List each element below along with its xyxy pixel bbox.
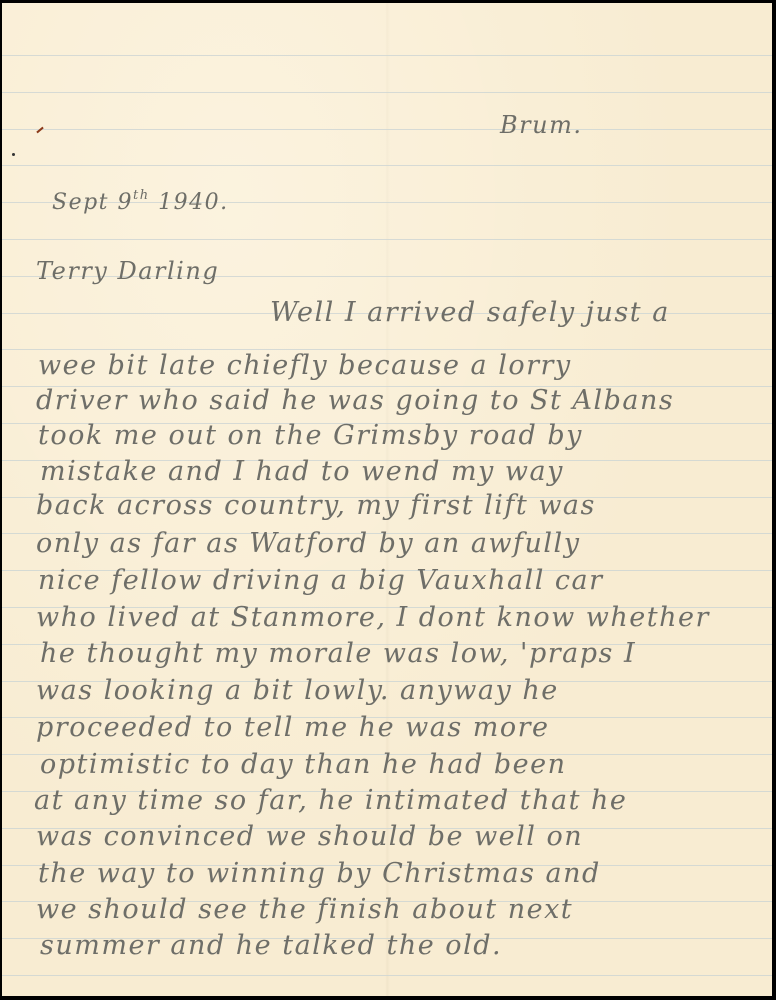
body-line: driver who said he was going to St Alban…: [36, 387, 674, 414]
body-line: proceeded to tell me he was more: [36, 714, 550, 741]
body-line: took me out on the Grimsby road by: [38, 422, 583, 449]
body-line: nice fellow driving a big Vauxhall car: [38, 567, 604, 594]
body-line: who lived at Stanmore, I dont know wheth…: [36, 604, 710, 631]
body-line: only as far as Watford by an awfully: [36, 530, 580, 557]
date-suffix: th: [133, 188, 150, 203]
ruled-line: [2, 55, 772, 56]
ruled-line: [2, 92, 772, 93]
ruled-line: [2, 165, 772, 166]
body-line: he thought my morale was low, 'praps I: [40, 640, 636, 667]
body-line: mistake and I had to wend my way: [40, 458, 564, 485]
letter-salutation: Terry Darling: [36, 259, 219, 283]
body-line: summer and he talked the old.: [40, 932, 502, 959]
ink-mark: [36, 127, 43, 134]
body-line: was convinced we should be well on: [36, 823, 583, 850]
body-line: optimistic to day than he had been: [40, 751, 566, 778]
date-year: 1940.: [158, 190, 228, 215]
letter-place: Brum.: [500, 113, 582, 137]
body-line: was looking a bit lowly. anyway he: [36, 677, 559, 704]
body-line: wee bit late chiefly because a lorry: [38, 352, 572, 379]
body-line: Well I arrived safely just a: [270, 299, 670, 326]
ruled-line: [2, 129, 772, 130]
ruled-line: [2, 239, 772, 240]
body-line: we should see the finish about next: [36, 896, 573, 923]
body-line: the way to winning by Christmas and: [38, 860, 601, 887]
letter-page: Brum. Sept 9th 1940. Terry Darling Well …: [2, 3, 772, 996]
body-line: at any time so far, he intimated that he: [34, 787, 627, 814]
ruled-line: [2, 975, 772, 976]
body-line: back across country, my first lift was: [36, 492, 596, 519]
ink-dot: [12, 153, 15, 156]
date-day: Sept 9: [52, 190, 133, 215]
letter-date: Sept 9th 1940.: [52, 189, 229, 214]
